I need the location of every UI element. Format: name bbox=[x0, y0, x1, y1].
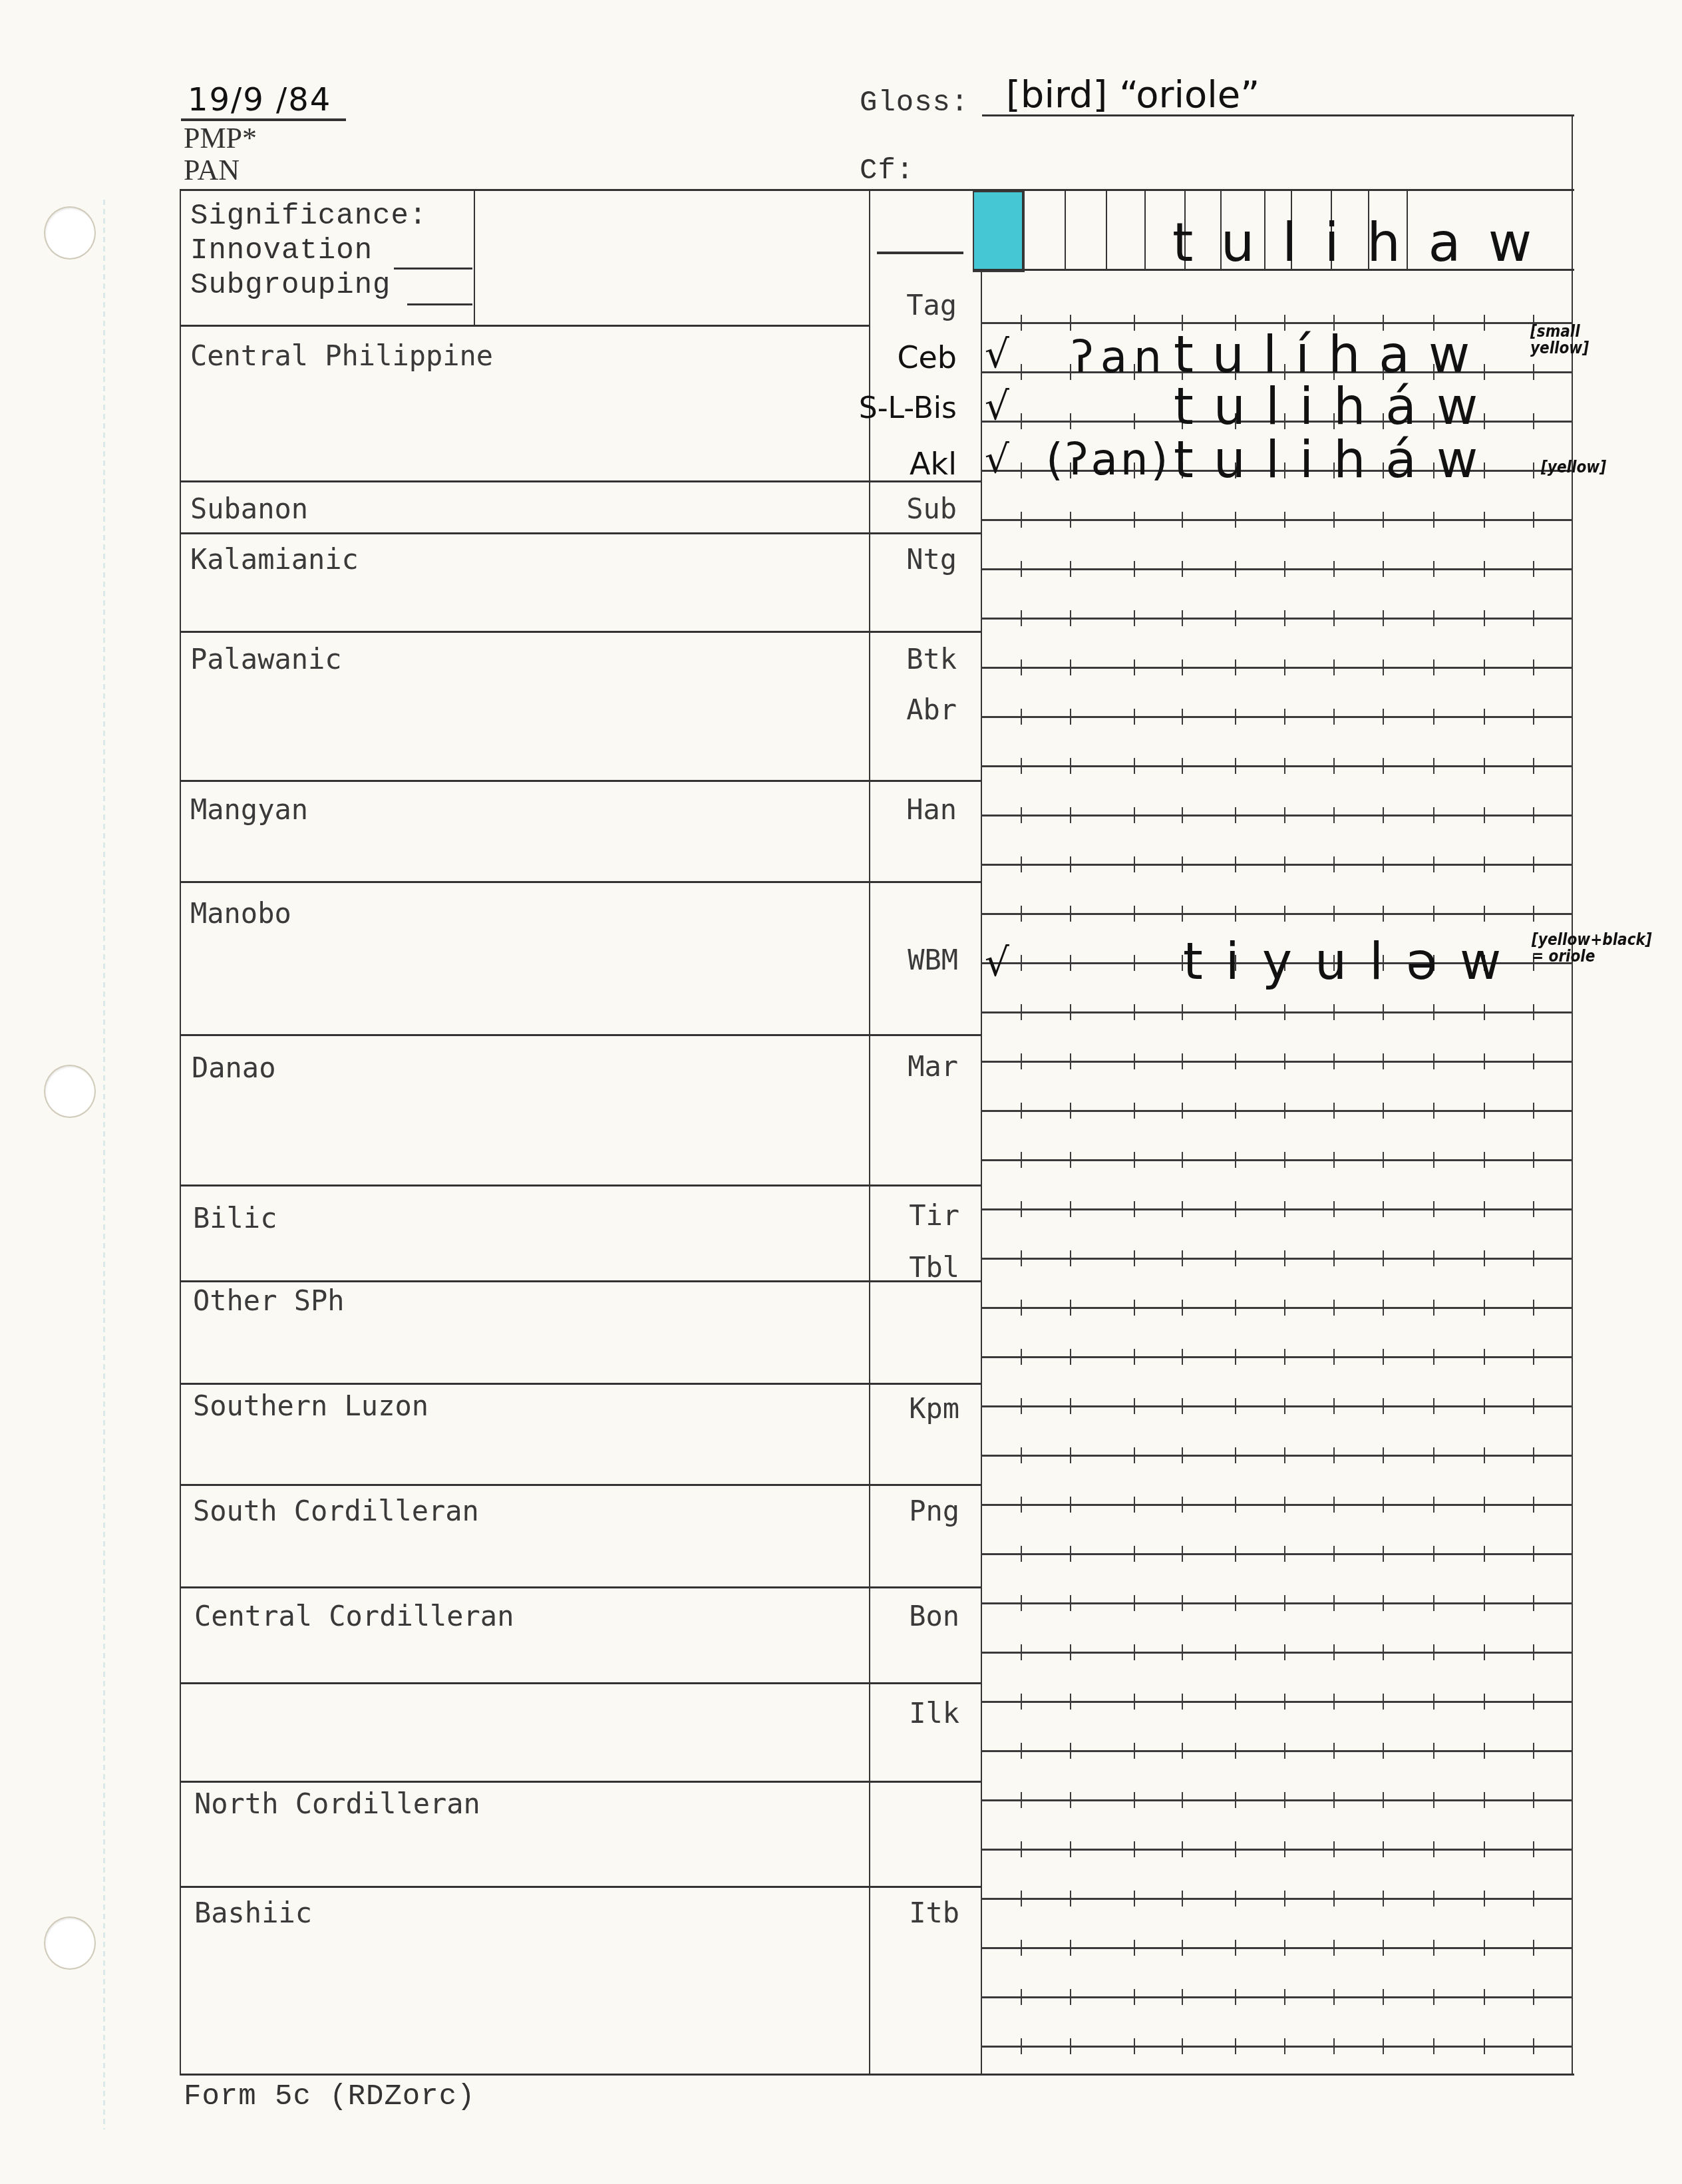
tick-mark bbox=[1433, 1841, 1434, 1857]
tick-mark bbox=[1433, 1398, 1434, 1414]
tick-mark bbox=[1070, 906, 1071, 922]
tick-mark bbox=[1182, 1398, 1183, 1414]
tick-mark bbox=[1284, 906, 1285, 922]
tick-mark bbox=[1333, 1792, 1335, 1808]
tick-mark bbox=[1533, 364, 1534, 380]
tick-mark bbox=[1284, 1349, 1285, 1365]
tick-mark bbox=[1533, 561, 1534, 577]
tick-mark bbox=[1383, 1644, 1384, 1660]
tick-mark bbox=[1182, 1546, 1183, 1562]
ruled-line bbox=[981, 1996, 1573, 1998]
tick-mark bbox=[1070, 315, 1071, 331]
code-png: Png bbox=[860, 1495, 959, 1527]
note-wbm: [yellow+black] = oriole bbox=[1532, 932, 1652, 965]
tick-mark bbox=[1383, 1152, 1384, 1168]
cf-label: Cf: bbox=[860, 154, 914, 188]
tick-mark bbox=[1484, 512, 1485, 528]
tick-mark bbox=[1533, 659, 1534, 675]
tick-mark bbox=[1383, 1497, 1384, 1513]
tick-mark bbox=[1433, 1004, 1434, 1020]
tick-mark bbox=[1134, 315, 1135, 331]
tick-mark bbox=[1235, 1053, 1236, 1069]
tick-mark bbox=[1182, 659, 1183, 675]
group-southern-luzon: Southern Luzon bbox=[193, 1389, 428, 1422]
group-separator bbox=[180, 1781, 981, 1783]
tick-mark bbox=[1484, 610, 1485, 626]
tick-mark bbox=[1383, 1103, 1384, 1119]
tick-mark bbox=[1484, 856, 1485, 872]
tick-mark bbox=[1070, 561, 1071, 577]
tick-mark bbox=[1333, 1103, 1335, 1119]
tick-mark bbox=[1383, 1743, 1384, 1759]
check-akl: √ bbox=[985, 437, 1009, 482]
tick-mark bbox=[1070, 1300, 1071, 1316]
tick-mark bbox=[1433, 1546, 1434, 1562]
group-separator bbox=[180, 1383, 981, 1385]
entry-wbm-form[interactable]: tiyuləw bbox=[1183, 932, 1524, 991]
ruled-line bbox=[981, 913, 1573, 915]
code-slbis: S-L-Bis bbox=[790, 391, 957, 425]
tick-mark bbox=[1070, 1447, 1071, 1463]
ruled-line bbox=[981, 1652, 1573, 1654]
tick-mark bbox=[1533, 1497, 1534, 1513]
tick-mark bbox=[1182, 2038, 1183, 2054]
tick-mark bbox=[1134, 1300, 1135, 1316]
tick-mark bbox=[1021, 1989, 1022, 2005]
tick-mark bbox=[1235, 1398, 1236, 1414]
tick-mark bbox=[1333, 1201, 1335, 1217]
ruled-line bbox=[981, 1947, 1573, 1949]
check-slbis: √ bbox=[985, 383, 1009, 429]
tick-mark bbox=[1533, 1103, 1534, 1119]
ruled-line bbox=[981, 667, 1573, 669]
tick-mark bbox=[1235, 906, 1236, 922]
group-bashiic: Bashiic bbox=[194, 1897, 312, 1929]
tick-mark bbox=[1021, 1004, 1022, 1020]
group-kalamianic: Kalamianic bbox=[190, 543, 359, 576]
note-wbm-line1: [yellow+black] bbox=[1532, 932, 1652, 948]
tick-mark bbox=[1021, 1743, 1022, 1759]
gloss-box-right bbox=[1572, 114, 1573, 189]
tick-mark bbox=[1182, 1103, 1183, 1119]
tick-mark bbox=[1235, 1300, 1236, 1316]
tick-mark bbox=[1070, 1940, 1071, 1956]
tick-mark bbox=[1533, 1743, 1534, 1759]
tick-mark bbox=[1235, 709, 1236, 725]
tick-mark bbox=[1433, 1743, 1434, 1759]
group-palawanic: Palawanic bbox=[190, 643, 342, 675]
tick-mark bbox=[1182, 1841, 1183, 1857]
note-akl: [yellow] bbox=[1541, 459, 1606, 476]
innovation-blank[interactable] bbox=[394, 268, 472, 270]
tick-mark bbox=[1070, 1152, 1071, 1168]
group-bilic: Bilic bbox=[193, 1202, 277, 1234]
ruled-line bbox=[981, 2046, 1573, 2048]
tick-mark bbox=[1134, 1792, 1135, 1808]
margin-line bbox=[103, 200, 105, 2129]
tick-mark bbox=[1533, 462, 1534, 478]
tick-mark bbox=[1333, 659, 1335, 675]
tick-mark bbox=[1070, 1694, 1071, 1710]
tick-mark bbox=[1134, 659, 1135, 675]
tick-mark bbox=[1070, 1546, 1071, 1562]
tick-mark bbox=[1070, 955, 1071, 971]
tick-mark bbox=[1333, 1989, 1335, 2005]
tick-mark bbox=[1383, 1841, 1384, 1857]
tick-mark bbox=[1235, 1644, 1236, 1660]
tick-mark bbox=[1134, 856, 1135, 872]
tick-mark bbox=[1484, 807, 1485, 823]
tick-mark bbox=[1021, 315, 1022, 331]
tick-mark bbox=[1383, 1891, 1384, 1907]
tick-mark bbox=[1134, 1940, 1135, 1956]
tick-mark bbox=[1383, 1989, 1384, 2005]
tick-mark bbox=[1533, 1595, 1534, 1611]
ruled-line bbox=[981, 618, 1573, 620]
tick-mark bbox=[1333, 758, 1335, 774]
code-tir: Tir bbox=[860, 1199, 959, 1232]
tick-mark bbox=[1134, 1398, 1135, 1414]
tick-mark bbox=[1182, 906, 1183, 922]
tick-mark bbox=[1021, 906, 1022, 922]
tick-mark bbox=[1182, 1940, 1183, 1956]
tick-mark bbox=[1134, 413, 1135, 429]
tick-mark bbox=[1383, 1792, 1384, 1808]
tick-mark bbox=[1235, 1250, 1236, 1266]
reconstruction-form[interactable]: t u l i h a w bbox=[1172, 212, 1536, 273]
group-danao: Danao bbox=[192, 1051, 275, 1084]
tick-mark bbox=[1021, 1300, 1022, 1316]
tick-mark bbox=[1070, 758, 1071, 774]
group-central-cordilleran: Central Cordilleran bbox=[194, 1600, 514, 1632]
tick-mark bbox=[1134, 1447, 1135, 1463]
tick-mark bbox=[1333, 1004, 1335, 1020]
tick-mark bbox=[1021, 413, 1022, 429]
group-subanon: Subanon bbox=[190, 492, 308, 525]
tick-mark bbox=[1383, 1004, 1384, 1020]
tick-mark bbox=[1383, 1250, 1384, 1266]
tick-mark bbox=[1235, 807, 1236, 823]
tick-mark bbox=[1070, 1053, 1071, 1069]
tick-mark bbox=[1484, 709, 1485, 725]
group-manobo: Manobo bbox=[190, 897, 291, 930]
tick-mark bbox=[1021, 1891, 1022, 1907]
tick-mark bbox=[1383, 1300, 1384, 1316]
tick-mark bbox=[1021, 1546, 1022, 1562]
reconstruction-cell-divider bbox=[1065, 190, 1066, 270]
note-ceb-line2: yellow] bbox=[1530, 340, 1589, 357]
tick-mark bbox=[1433, 561, 1434, 577]
entry-akl-prefix[interactable]: (ʔan) bbox=[1046, 434, 1170, 485]
gloss-underline bbox=[982, 114, 1574, 116]
group-north-cordilleran: North Cordilleran bbox=[194, 1787, 480, 1820]
group-separator bbox=[180, 532, 981, 534]
code-ntg: Ntg bbox=[857, 543, 957, 576]
tick-mark bbox=[1070, 709, 1071, 725]
group-separator bbox=[180, 1886, 981, 1888]
tick-mark bbox=[1433, 1497, 1434, 1513]
tick-mark bbox=[1182, 1891, 1183, 1907]
tick-mark bbox=[1383, 1940, 1384, 1956]
tick-mark bbox=[1484, 758, 1485, 774]
tick-mark bbox=[1070, 413, 1071, 429]
tick-mark bbox=[1333, 561, 1335, 577]
tick-mark bbox=[1383, 1595, 1384, 1611]
tick-mark bbox=[1433, 1644, 1434, 1660]
tick-mark bbox=[1235, 1595, 1236, 1611]
tick-mark bbox=[1484, 2038, 1485, 2054]
tick-mark bbox=[1021, 1349, 1022, 1365]
tick-mark bbox=[1333, 610, 1335, 626]
tick-mark bbox=[1182, 807, 1183, 823]
significance-box-divider bbox=[474, 189, 475, 326]
tick-mark bbox=[1484, 1546, 1485, 1562]
tick-mark bbox=[1284, 1447, 1285, 1463]
tick-mark bbox=[1070, 1349, 1071, 1365]
tick-mark bbox=[1284, 1694, 1285, 1710]
tick-mark bbox=[1433, 1300, 1434, 1316]
tick-mark bbox=[1383, 2038, 1384, 2054]
tick-mark bbox=[1021, 1841, 1022, 1857]
tick-mark bbox=[1383, 709, 1384, 725]
tick-mark bbox=[1235, 1891, 1236, 1907]
proto-level-pmp: PMP* bbox=[184, 124, 257, 153]
group-other-sph: Other SPh bbox=[193, 1284, 345, 1317]
tick-mark bbox=[1235, 1546, 1236, 1562]
entry-ceb-form[interactable]: tulíhaw bbox=[1174, 325, 1488, 384]
code-ilk: Ilk bbox=[860, 1697, 959, 1729]
note-wbm-line2: = oriole bbox=[1532, 948, 1652, 965]
tick-mark bbox=[1021, 462, 1022, 478]
tick-mark bbox=[1533, 1841, 1534, 1857]
tick-mark bbox=[1433, 1053, 1434, 1069]
tick-mark bbox=[1235, 1743, 1236, 1759]
tick-mark bbox=[1284, 512, 1285, 528]
tick-mark bbox=[1134, 1349, 1135, 1365]
tick-mark bbox=[1284, 1497, 1285, 1513]
group-separator bbox=[180, 631, 981, 633]
ruled-line bbox=[981, 1602, 1573, 1604]
tick-mark bbox=[1433, 1989, 1434, 2005]
tick-mark bbox=[1484, 1644, 1485, 1660]
code-wbm: WBM bbox=[858, 944, 958, 976]
tick-mark bbox=[1021, 709, 1022, 725]
tick-mark bbox=[1484, 1447, 1485, 1463]
tick-mark bbox=[1284, 2038, 1285, 2054]
ruled-line bbox=[981, 322, 1573, 324]
code-akl: Akl bbox=[857, 446, 957, 482]
tick-mark bbox=[1182, 856, 1183, 872]
tick-mark bbox=[1134, 807, 1135, 823]
ruled-line bbox=[981, 1307, 1573, 1309]
check-wbm: √ bbox=[985, 940, 1009, 985]
group-separator bbox=[180, 780, 981, 782]
tick-mark bbox=[1235, 2038, 1236, 2054]
tick-mark bbox=[1533, 1989, 1534, 2005]
tick-mark bbox=[1134, 610, 1135, 626]
tick-mark bbox=[1484, 1004, 1485, 1020]
tick-mark bbox=[1021, 1644, 1022, 1660]
tick-mark bbox=[1284, 1398, 1285, 1414]
tick-mark bbox=[1235, 1201, 1236, 1217]
tick-mark bbox=[1182, 1595, 1183, 1611]
tick-mark bbox=[1235, 1349, 1236, 1365]
tick-mark bbox=[1070, 1989, 1071, 2005]
ruled-line bbox=[981, 1258, 1573, 1260]
tick-mark bbox=[1182, 1201, 1183, 1217]
tick-mark bbox=[1021, 610, 1022, 626]
subgrouping-blank[interactable] bbox=[407, 303, 472, 305]
tick-mark bbox=[1070, 1004, 1071, 1020]
tick-mark bbox=[1182, 1004, 1183, 1020]
tick-mark bbox=[1134, 1546, 1135, 1562]
group-separator bbox=[180, 881, 981, 883]
tick-mark bbox=[1134, 1497, 1135, 1513]
tick-mark bbox=[1333, 906, 1335, 922]
gloss-value[interactable]: [bird] “oriole” bbox=[1006, 73, 1260, 116]
ruled-line bbox=[981, 1553, 1573, 1555]
tick-mark bbox=[1284, 1940, 1285, 1956]
tick-mark bbox=[1134, 758, 1135, 774]
tick-mark bbox=[1070, 2038, 1071, 2054]
tick-mark bbox=[1533, 1152, 1534, 1168]
tick-mark bbox=[1484, 1103, 1485, 1119]
tick-mark bbox=[1134, 1891, 1135, 1907]
tick-mark bbox=[1134, 1841, 1135, 1857]
tick-mark bbox=[1484, 1053, 1485, 1069]
tick-mark bbox=[1021, 1201, 1022, 1217]
tick-mark bbox=[1284, 1201, 1285, 1217]
tick-mark bbox=[1182, 1447, 1183, 1463]
tick-mark bbox=[1433, 1891, 1434, 1907]
tick-mark bbox=[1433, 1792, 1434, 1808]
bottom-rule bbox=[180, 2074, 1574, 2076]
tick-mark bbox=[1284, 1595, 1285, 1611]
code-sub: Sub bbox=[857, 492, 957, 525]
innovation-label: Innovation bbox=[190, 234, 373, 268]
tick-mark bbox=[1134, 1004, 1135, 1020]
tick-mark bbox=[1433, 1250, 1434, 1266]
entry-akl-form[interactable]: tuliháw bbox=[1174, 430, 1498, 489]
tick-mark bbox=[1235, 1940, 1236, 1956]
tick-mark bbox=[1484, 1349, 1485, 1365]
tick-mark bbox=[1433, 856, 1434, 872]
tick-mark bbox=[1235, 1497, 1236, 1513]
tick-mark bbox=[1021, 1940, 1022, 1956]
tick-mark bbox=[1021, 1398, 1022, 1414]
punch-hole bbox=[44, 1916, 96, 1970]
tick-mark bbox=[1284, 1053, 1285, 1069]
tick-mark bbox=[1284, 856, 1285, 872]
tick-mark bbox=[1182, 758, 1183, 774]
ruled-line bbox=[981, 765, 1573, 767]
ruled-line bbox=[981, 1455, 1573, 1457]
tick-mark bbox=[1235, 1841, 1236, 1857]
tick-mark bbox=[1533, 906, 1534, 922]
tick-mark bbox=[1433, 709, 1434, 725]
group-separator bbox=[180, 1034, 981, 1036]
tick-mark bbox=[1021, 512, 1022, 528]
tick-mark bbox=[1533, 1053, 1534, 1069]
tick-mark bbox=[1383, 1398, 1384, 1414]
tick-mark bbox=[1182, 1349, 1183, 1365]
tick-mark bbox=[1021, 1792, 1022, 1808]
entry-ceb-prefix[interactable]: ʔan bbox=[1071, 331, 1168, 383]
tick-mark bbox=[1182, 1300, 1183, 1316]
ruled-line bbox=[981, 1701, 1573, 1703]
ruled-line bbox=[981, 1110, 1573, 1112]
code-kpm: Kpm bbox=[860, 1392, 959, 1425]
ruled-line bbox=[981, 519, 1573, 521]
tick-mark bbox=[1333, 1644, 1335, 1660]
group-separator bbox=[180, 1184, 981, 1186]
tick-mark bbox=[1533, 1644, 1534, 1660]
tick-mark bbox=[1433, 610, 1434, 626]
tick-mark bbox=[1284, 1891, 1285, 1907]
tick-mark bbox=[1333, 856, 1335, 872]
code-tbl: Tbl bbox=[860, 1251, 959, 1284]
tick-mark bbox=[1333, 1349, 1335, 1365]
tick-mark bbox=[1333, 1152, 1335, 1168]
tick-mark bbox=[1070, 1595, 1071, 1611]
tick-mark bbox=[1235, 610, 1236, 626]
tick-mark bbox=[1070, 1743, 1071, 1759]
tick-mark bbox=[1284, 1644, 1285, 1660]
tick-mark bbox=[1235, 1694, 1236, 1710]
tick-mark bbox=[1182, 610, 1183, 626]
ruled-line bbox=[981, 1799, 1573, 1801]
ruled-line bbox=[981, 1159, 1573, 1161]
tick-mark bbox=[1070, 1644, 1071, 1660]
tick-mark bbox=[1235, 659, 1236, 675]
tick-mark bbox=[1134, 1743, 1135, 1759]
code-itb: Itb bbox=[860, 1897, 959, 1929]
tick-mark bbox=[1134, 2038, 1135, 2054]
tick-mark bbox=[1284, 758, 1285, 774]
tick-mark bbox=[1484, 1595, 1485, 1611]
tick-mark bbox=[1235, 512, 1236, 528]
tick-mark bbox=[1134, 709, 1135, 725]
tick-mark bbox=[1533, 1349, 1534, 1365]
tick-mark bbox=[1070, 1103, 1071, 1119]
form-id: Form 5c (RDZorc) bbox=[184, 2080, 475, 2113]
tick-mark bbox=[1433, 659, 1434, 675]
entry-slbis-form[interactable]: tuliháw bbox=[1174, 377, 1498, 436]
ruled-line bbox=[981, 1356, 1573, 1358]
gloss-label: Gloss: bbox=[860, 87, 969, 120]
tick-mark bbox=[1484, 1792, 1485, 1808]
punch-hole bbox=[44, 1065, 96, 1118]
ruled-line bbox=[981, 815, 1573, 817]
tick-mark bbox=[1134, 955, 1135, 971]
code-mar: Mar bbox=[858, 1050, 958, 1083]
tick-mark bbox=[1021, 1595, 1022, 1611]
tick-mark bbox=[1182, 709, 1183, 725]
ruled-line bbox=[981, 1750, 1573, 1752]
tick-mark bbox=[1333, 1743, 1335, 1759]
tick-mark bbox=[1433, 1447, 1434, 1463]
tick-mark bbox=[1235, 1103, 1236, 1119]
tick-mark bbox=[1235, 1004, 1236, 1020]
punch-hole bbox=[44, 206, 96, 260]
tick-mark bbox=[1433, 1595, 1434, 1611]
tick-mark bbox=[1070, 1398, 1071, 1414]
tick-mark bbox=[1484, 1694, 1485, 1710]
code-han: Han bbox=[857, 793, 957, 826]
tick-mark bbox=[1333, 1300, 1335, 1316]
ruled-line bbox=[981, 1011, 1573, 1013]
tick-mark bbox=[1134, 906, 1135, 922]
